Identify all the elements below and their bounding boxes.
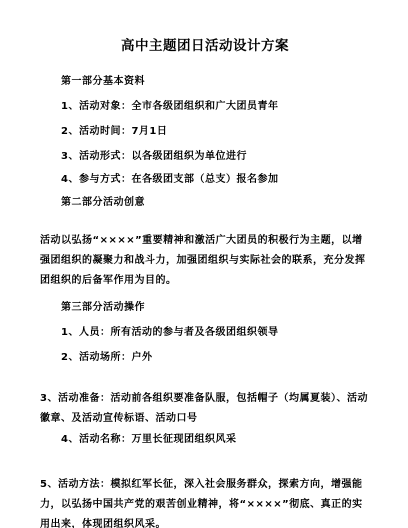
section-1-heading: 第一部分基本资料 [40, 75, 370, 88]
section-3-item-3: 3、活动准备：活动前各组织要准备队服，包括帽子（均属夏装）、活动徽章、及活动宣传… [40, 389, 370, 429]
section-3-item-4: 4、活动名称：万里长征现团组织风采 [40, 433, 370, 446]
section-1-item-2: 2、活动时间：7月1日 [40, 125, 370, 138]
document-body: 高中主题团日活动设计方案 第一部分基本资料 1、活动对象：全市各级团组织和广大团… [0, 0, 408, 528]
document-title: 高中主题团日活动设计方案 [40, 38, 370, 54]
section-1-item-1: 1、活动对象：全市各级团组织和广大团员青年 [40, 100, 370, 113]
section-1-item-3: 3、活动形式：以各级团组织为单位进行 [40, 150, 370, 163]
section-3-item-5: 5、活动方法：模拟红军长征，深入社会服务群众，探索方向，增强能力，以弘扬中国共产… [40, 475, 370, 528]
section-2-paragraph: 活动以弘扬“××××”重要精神和激活广大团员的积极行为主题，以增强团组织的凝聚力… [40, 231, 370, 291]
section-3-item-2: 2、活动场所：户外 [40, 351, 370, 364]
section-3-item-1: 1、人员：所有活动的参与者及各级团组织领导 [40, 326, 370, 339]
section-1-item-4: 4、参与方式：在各级团支部（总支）报名参加 [40, 173, 370, 186]
section-3-heading: 第三部分活动操作 [40, 301, 370, 314]
section-2-heading: 第二部分活动创意 [40, 196, 370, 209]
document-page: 高中主题团日活动设计方案 第一部分基本资料 1、活动对象：全市各级团组织和广大团… [0, 0, 408, 528]
